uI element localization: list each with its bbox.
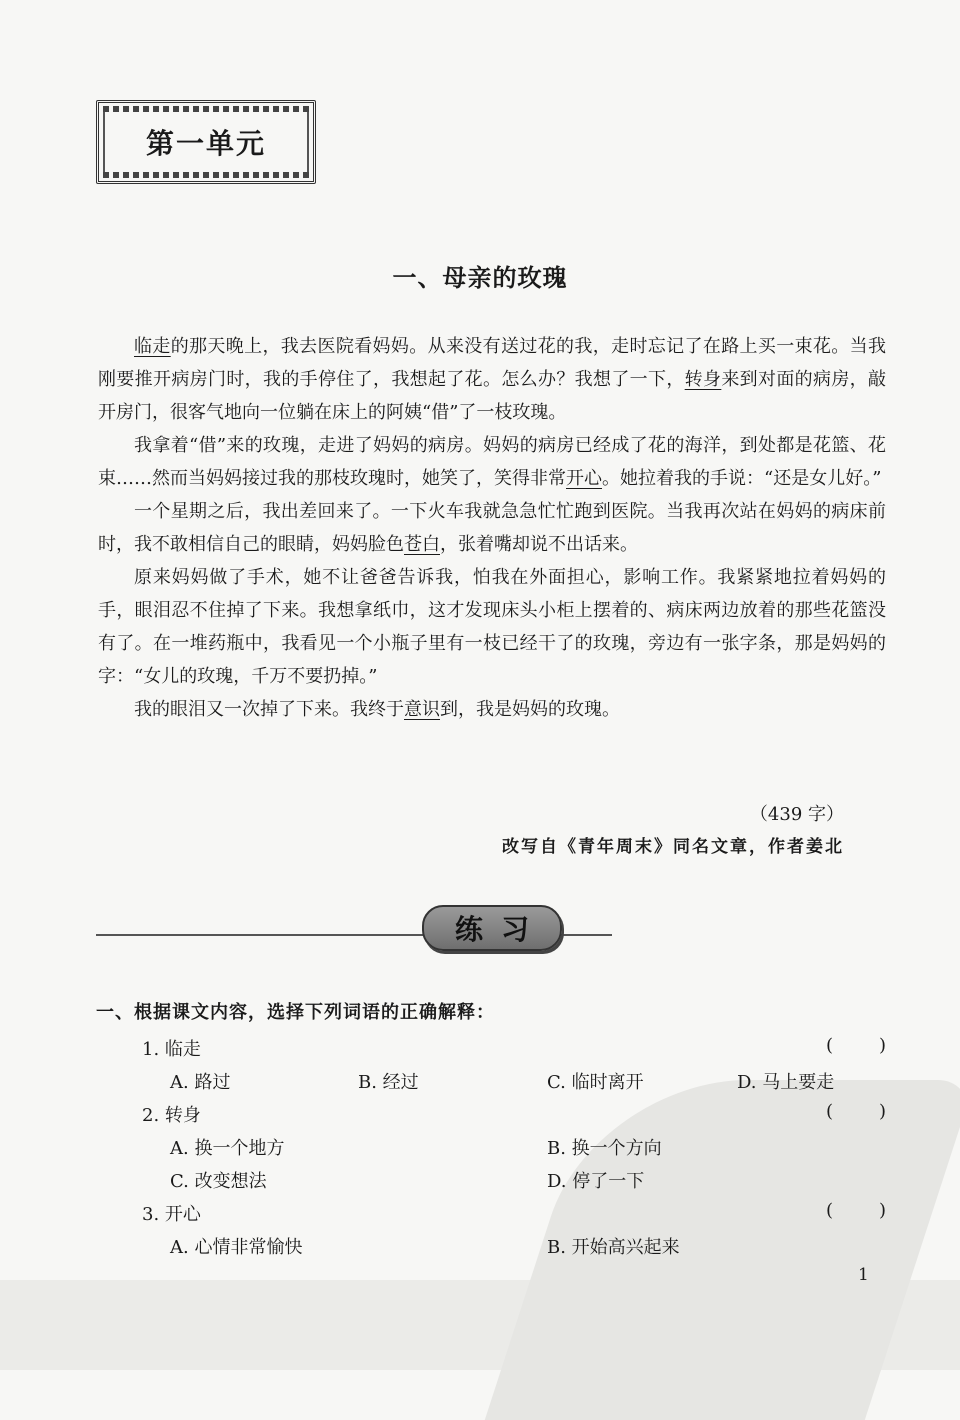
option: D. 停了一下: [547, 1167, 644, 1193]
paren-left: (: [826, 1101, 833, 1122]
article-paragraph: 原来妈妈做了手术，她不让爸爸告诉我，怕我在外面担心，影响工作。我紧紧地拉着妈妈的…: [98, 561, 886, 693]
option: D. 马上要走: [737, 1068, 834, 1094]
option: C. 临时离开: [547, 1068, 644, 1094]
article-paragraph: 我拿着“借”来的玫瑰，走进了妈妈的病房。妈妈的病房已经成了花的海洋，到处都是花篮…: [98, 429, 886, 495]
answer-blank[interactable]: ( ): [826, 1101, 886, 1122]
article-paragraph: 临走的那天晚上，我去医院看妈妈。从来没有送过花的我，走时忘记了在路上买一束花。当…: [98, 330, 886, 429]
text-segment: 。她拉着我的手说：“还是女儿好。”: [602, 468, 881, 489]
text-segment: 到，我是妈妈的玫瑰。: [440, 699, 620, 720]
article-body: 临走的那天晚上，我去医院看妈妈。从来没有送过花的我，走时忘记了在路上买一束花。当…: [98, 330, 886, 726]
vocab-underlined: 转身: [685, 369, 722, 390]
paren-left: (: [826, 1035, 833, 1056]
exercise-banner: 练习: [422, 905, 562, 951]
exercise-title: 练习: [437, 908, 547, 948]
question-label: 2. 转身: [142, 1101, 201, 1127]
source-attribution: 改写自《青年周末》同名文章，作者姜北: [502, 832, 844, 857]
unit-title-frame: 第一单元: [96, 100, 316, 184]
option: B. 开始高兴起来: [547, 1233, 680, 1259]
question-label: 1. 临走: [142, 1035, 201, 1061]
paren-right: ): [879, 1101, 886, 1122]
option: C. 改变想法: [170, 1167, 267, 1193]
article-paragraph: 一个星期之后，我出差回来了。一下火车我就急急忙忙跑到医院。当我再次站在妈妈的病床…: [98, 495, 886, 561]
vocab-underlined: 开心: [566, 468, 602, 489]
option: B. 换一个方向: [547, 1134, 662, 1160]
option: B. 经过: [358, 1068, 419, 1094]
text-segment: 原来妈妈做了手术，她不让爸爸告诉我，怕我在外面担心，影响工作。我紧紧地拉着妈妈的…: [98, 567, 886, 687]
watermark-band: [0, 1280, 960, 1370]
text-segment: ，张着嘴却说不出话来。: [440, 534, 638, 555]
option: A. 心情非常愉快: [170, 1233, 302, 1259]
lesson-title: 一、母亲的玫瑰: [0, 258, 960, 293]
paren-left: (: [826, 1200, 833, 1221]
paren-right: ): [879, 1035, 886, 1056]
question-label: 3. 开心: [142, 1200, 201, 1226]
page-number: 1: [858, 1265, 869, 1285]
section-heading: 一、根据课文内容，选择下列词语的正确解释：: [96, 998, 495, 1024]
unit-title: 第一单元: [146, 122, 266, 162]
word-count: （439 字）: [750, 800, 844, 826]
answer-blank[interactable]: ( ): [826, 1200, 886, 1221]
vocab-underlined: 意识: [404, 699, 440, 720]
vocab-underlined: 临走: [134, 336, 171, 357]
text-segment: 我的眼泪又一次掉了下来。我终于: [134, 699, 404, 720]
option: A. 路过: [170, 1068, 230, 1094]
vocab-underlined: 苍白: [404, 534, 440, 555]
answer-blank[interactable]: ( ): [826, 1035, 886, 1056]
paren-right: ): [879, 1200, 886, 1221]
article-paragraph: 我的眼泪又一次掉了下来。我终于意识到，我是妈妈的玫瑰。: [98, 693, 886, 726]
option: A. 换一个地方: [170, 1134, 284, 1160]
textbook-page: 第一单元 一、母亲的玫瑰 临走的那天晚上，我去医院看妈妈。从来没有送过花的我，走…: [0, 0, 960, 1420]
